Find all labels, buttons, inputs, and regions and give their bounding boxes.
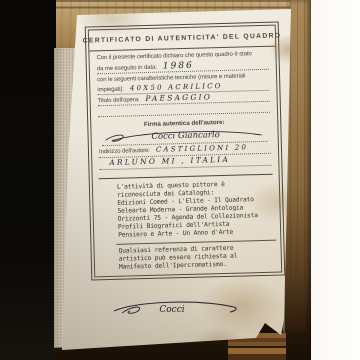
address-label: Indirizzo dell'autore: [99, 147, 150, 154]
white-wall-background [306, 0, 360, 360]
note-block: Qualsiasi referenza di carattere artisti… [119, 244, 282, 272]
catalog-block: L'attività di questo pittore è riconosci… [117, 180, 280, 240]
certificate-inner-border: CERTIFICATO DI AUTENTICITA' DEL QUADRO C… [88, 25, 282, 278]
handwritten-artwork-title: PAESAGGIO [145, 92, 212, 103]
painting-back-photo: CERTIFICATO DI AUTENTICITA' DEL QUADRO C… [0, 0, 360, 360]
signature-flourish-icon: Cocci [108, 294, 242, 324]
certificate-border: CERTIFICATO DI AUTENTICITA' DEL QUADRO C… [85, 22, 286, 281]
technique-label: impiegati): [97, 86, 124, 93]
address-section: Indirizzo dell'autore: CASTIGLIONI 20 AR… [92, 141, 279, 170]
certificate-paper: CERTIFICATO DI AUTENTICITA' DEL QUADRO C… [60, 8, 294, 354]
handwritten-technique: 40X50 ACRILICO [130, 81, 223, 91]
handwritten-date: 1986 [163, 61, 194, 72]
signature-text: Cocci [159, 305, 184, 315]
handwritten-address: CASTIGLIONI 20 [156, 143, 248, 153]
artist-signature-bottom: Cocci [108, 294, 242, 324]
artwork-title-label: Titolo dell'opera: [98, 97, 140, 104]
shadow-left-edge [0, 0, 56, 360]
date-label: da me eseguito in data: [97, 65, 157, 73]
handwritten-city: ARLUNO MI , ITALIA [109, 155, 230, 167]
signature-section: Firma autentica dell'autore: Cocci Gianc… [91, 117, 278, 146]
certificate-form: Con il presente certificato dichiaro che… [89, 47, 277, 117]
separator-line [99, 174, 273, 180]
signature-text: Cocci Giancarlo [151, 130, 220, 142]
